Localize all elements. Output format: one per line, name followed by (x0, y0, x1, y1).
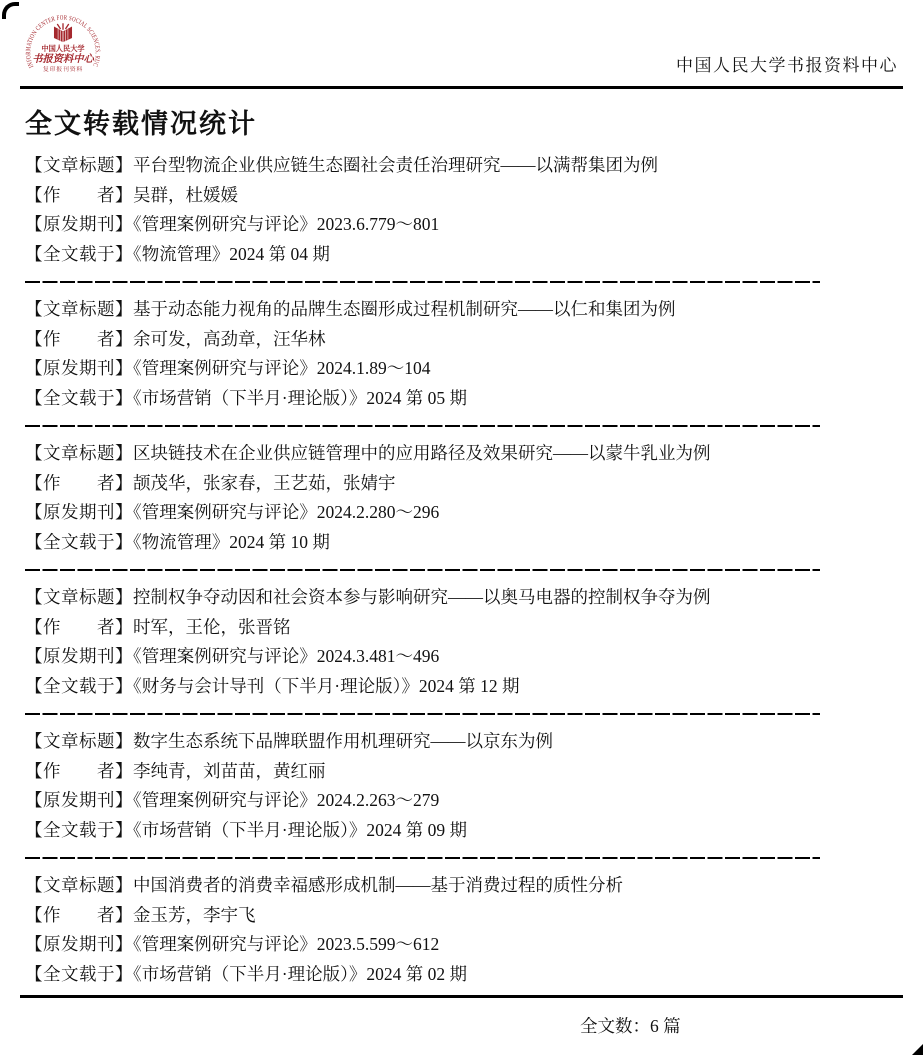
article-author-row: 【作 者】金玉芳，李宇飞 (25, 901, 898, 931)
article-reprint: 《财务与会计导刊（下半月·理论版）》2024 第 12 期 (133, 676, 519, 696)
article-reprint: 《物流管理》2024 第 04 期 (133, 244, 330, 264)
article-title: 中国消费者的消费幸福感形成机制——基于消费过程的质性分析 (133, 875, 623, 895)
ruc-icss-seal-logo-icon: INFORMATION CENTER FOR SOCIAL SCIENCES, … (22, 6, 104, 88)
article-source: 《管理案例研究与评论》2024.1.89～104 (133, 358, 431, 378)
article-authors: 李纯青，刘苗苗，黄红丽 (133, 761, 326, 781)
dashed-separator (25, 569, 820, 571)
article-reprint: 《市场营销（下半月·理论版）》2024 第 05 期 (133, 388, 467, 408)
article-entry-3: 【文章标题】区块链技术在企业供应链管理中的应用路径及效果研究——以蒙牛乳业为例 … (25, 439, 898, 557)
article-reprint: 《市场营销（下半月·理论版）》2024 第 02 期 (133, 964, 467, 984)
total-count-value: 6 篇 (650, 1016, 681, 1036)
article-entry-6: 【文章标题】中国消费者的消费幸福感形成机制——基于消费过程的质性分析 【作 者】… (25, 871, 898, 989)
field-label-source: 【原发期刊】 (25, 646, 133, 666)
field-label-reprint: 【全文载于】 (25, 676, 133, 696)
dashed-separator (25, 281, 820, 283)
total-count-label: 全文数： (580, 1016, 650, 1036)
field-label-author: 【作 者】 (25, 473, 133, 493)
article-reprint: 《物流管理》2024 第 10 期 (133, 532, 330, 552)
field-label-source: 【原发期刊】 (25, 790, 133, 810)
article-authors: 金玉芳，李宇飞 (133, 905, 256, 925)
article-authors: 颉茂华，张家春，王艺茹，张婧宇 (133, 473, 396, 493)
article-title: 基于动态能力视角的品牌生态圈形成过程机制研究——以仁和集团为例 (133, 299, 676, 319)
field-label-author: 【作 者】 (25, 905, 133, 925)
article-title-row: 【文章标题】中国消费者的消费幸福感形成机制——基于消费过程的质性分析 (25, 871, 898, 901)
article-source: 《管理案例研究与评论》2023.6.779～801 (133, 214, 439, 234)
article-reprint-row: 【全文载于】《市场营销（下半月·理论版）》2024 第 09 期 (25, 816, 898, 846)
field-label-title: 【文章标题】 (25, 875, 133, 895)
page-header: INFORMATION CENTER FOR SOCIAL SCIENCES, … (0, 0, 923, 86)
field-label-reprint: 【全文载于】 (25, 532, 133, 552)
article-author-row: 【作 者】余可发，高劲章，汪华林 (25, 325, 898, 355)
dashed-separator (25, 857, 820, 859)
article-title: 区块链技术在企业供应链管理中的应用路径及效果研究——以蒙牛乳业为例 (133, 443, 711, 463)
field-label-title: 【文章标题】 (25, 587, 133, 607)
field-label-title: 【文章标题】 (25, 155, 133, 175)
article-title: 控制权争夺动因和社会资本参与影响研究——以奥马电器的控制权争夺为例 (133, 587, 711, 607)
article-reprint-row: 【全文载于】《市场营销（下半月·理论版）》2024 第 02 期 (25, 960, 898, 990)
article-reprint-row: 【全文载于】《财务与会计导刊（下半月·理论版）》2024 第 12 期 (25, 672, 898, 702)
field-label-author: 【作 者】 (25, 617, 133, 637)
article-title: 平台型物流企业供应链生态圈社会责任治理研究——以满帮集团为例 (133, 155, 658, 175)
field-label-title: 【文章标题】 (25, 299, 133, 319)
seal-center-name: 书报资料中心 (32, 53, 95, 65)
article-source-row: 【原发期刊】《管理案例研究与评论》2023.5.599～612 (25, 930, 898, 960)
article-list: 【文章标题】平台型物流企业供应链生态圈社会责任治理研究——以满帮集团为例 【作 … (25, 151, 898, 989)
article-source-row: 【原发期刊】《管理案例研究与评论》2023.6.779～801 (25, 210, 898, 240)
field-label-author: 【作 者】 (25, 761, 133, 781)
article-source-row: 【原发期刊】《管理案例研究与评论》2024.3.481～496 (25, 642, 898, 672)
article-entry-1: 【文章标题】平台型物流企业供应链生态圈社会责任治理研究——以满帮集团为例 【作 … (25, 151, 898, 269)
article-title-row: 【文章标题】控制权争夺动因和社会资本参与影响研究——以奥马电器的控制权争夺为例 (25, 583, 898, 613)
article-title-row: 【文章标题】区块链技术在企业供应链管理中的应用路径及效果研究——以蒙牛乳业为例 (25, 439, 898, 469)
article-source: 《管理案例研究与评论》2023.5.599～612 (133, 934, 439, 954)
field-label-source: 【原发期刊】 (25, 358, 133, 378)
page-corner-mark-bottom-right (912, 1044, 923, 1055)
field-label-source: 【原发期刊】 (25, 214, 133, 234)
article-title-row: 【文章标题】数字生态系统下品牌联盟作用机理研究——以京东为例 (25, 727, 898, 757)
article-title-row: 【文章标题】基于动态能力视角的品牌生态圈形成过程机制研究——以仁和集团为例 (25, 295, 898, 325)
article-entry-2: 【文章标题】基于动态能力视角的品牌生态圈形成过程机制研究——以仁和集团为例 【作… (25, 295, 898, 413)
article-title-row: 【文章标题】平台型物流企业供应链生态圈社会责任治理研究——以满帮集团为例 (25, 151, 898, 181)
field-label-source: 【原发期刊】 (25, 502, 133, 522)
field-label-author: 【作 者】 (25, 329, 133, 349)
field-label-reprint: 【全文载于】 (25, 820, 133, 840)
article-authors: 余可发，高劲章，汪华林 (133, 329, 326, 349)
field-label-author: 【作 者】 (25, 185, 133, 205)
article-source-row: 【原发期刊】《管理案例研究与评论》2024.2.263～279 (25, 786, 898, 816)
field-label-title: 【文章标题】 (25, 731, 133, 751)
field-label-reprint: 【全文载于】 (25, 388, 133, 408)
dashed-separator (25, 713, 820, 715)
article-entry-5: 【文章标题】数字生态系统下品牌联盟作用机理研究——以京东为例 【作 者】李纯青，… (25, 727, 898, 845)
article-reprint-row: 【全文载于】《物流管理》2024 第 04 期 (25, 240, 898, 270)
field-label-reprint: 【全文载于】 (25, 964, 133, 984)
bottom-rule (20, 995, 903, 998)
footer-total: 全文数：6 篇 (0, 1011, 923, 1041)
article-author-row: 【作 者】颉茂华，张家春，王艺茹，张婧宇 (25, 469, 898, 499)
org-name: 中国人民大学书报资料中心 (676, 51, 898, 86)
seal-university-name: 中国人民大学 (41, 44, 85, 53)
article-authors: 吴群，杜媛媛 (133, 185, 238, 205)
article-title: 数字生态系统下品牌联盟作用机理研究——以京东为例 (133, 731, 553, 751)
article-source-row: 【原发期刊】《管理案例研究与评论》2024.1.89～104 (25, 354, 898, 384)
field-label-source: 【原发期刊】 (25, 934, 133, 954)
article-author-row: 【作 者】时军，王伦，张晋铭 (25, 613, 898, 643)
header-rule (20, 86, 903, 89)
page-title: 全文转载情况统计 (25, 102, 923, 141)
article-authors: 时军，王伦，张晋铭 (133, 617, 291, 637)
article-source: 《管理案例研究与评论》2024.3.481～496 (133, 646, 439, 666)
dashed-separator (25, 425, 820, 427)
article-source: 《管理案例研究与评论》2024.2.280～296 (133, 502, 439, 522)
article-entry-4: 【文章标题】控制权争夺动因和社会资本参与影响研究——以奥马电器的控制权争夺为例 … (25, 583, 898, 701)
book-icon (54, 23, 72, 42)
article-reprint-row: 【全文载于】《市场营销（下半月·理论版）》2024 第 05 期 (25, 384, 898, 414)
field-label-title: 【文章标题】 (25, 443, 133, 463)
article-reprint-row: 【全文载于】《物流管理》2024 第 10 期 (25, 528, 898, 558)
seal-subtitle: 复印报刊资料 (43, 65, 83, 73)
field-label-reprint: 【全文载于】 (25, 244, 133, 264)
article-reprint: 《市场营销（下半月·理论版）》2024 第 09 期 (133, 820, 467, 840)
article-source: 《管理案例研究与评论》2024.2.263～279 (133, 790, 439, 810)
article-author-row: 【作 者】李纯青，刘苗苗，黄红丽 (25, 757, 898, 787)
article-author-row: 【作 者】吴群，杜媛媛 (25, 181, 898, 211)
article-source-row: 【原发期刊】《管理案例研究与评论》2024.2.280～296 (25, 498, 898, 528)
